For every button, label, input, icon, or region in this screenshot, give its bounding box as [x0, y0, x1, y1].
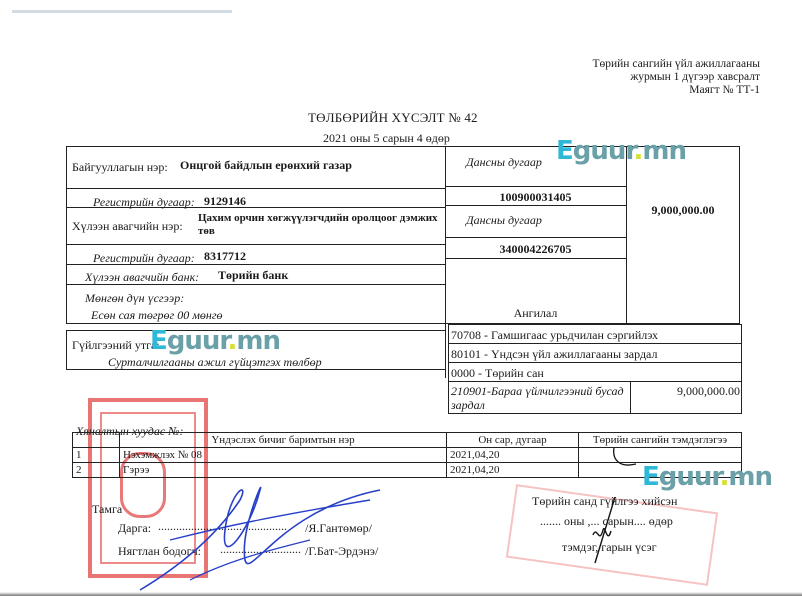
receiver-name: Цахим орчин хөгжүүлэгчдийн оролцоог дэмж…	[198, 212, 438, 238]
payer-org-name: Онцгой байдлын ерөнхий газар	[180, 158, 352, 173]
divider	[445, 258, 626, 259]
scan-artifact-line	[12, 10, 232, 13]
payer-account-label: Дансны дугаар	[466, 155, 542, 170]
classification-item-amount: 9,000,000.00	[630, 384, 740, 399]
form-note-line: журмын 1 дүгээр хавсралт	[592, 71, 760, 84]
receiver-account-no: 340004226705	[445, 242, 626, 257]
table-row: 1 Нэхэмжлэх № 08 2021,04,20	[73, 448, 742, 463]
total-amount: 9,000,000.00	[626, 203, 740, 218]
document-title: ТӨЛБӨРИЙН ХҮСЭЛТ № 42	[308, 110, 478, 126]
divider	[445, 186, 626, 187]
receiver-reg-no: 8317712	[204, 249, 246, 264]
form-number: Маягт № ТТ-1	[592, 84, 760, 97]
payer-org-label: Байгууллагын нэр:	[72, 160, 168, 175]
classification-item: 210901-Бараа үйлчилгээний бусад зардал	[451, 384, 627, 412]
watermark-logo: Eguur.mn	[556, 136, 686, 166]
payer-reg-label: Регистрийн дугаар:	[93, 195, 195, 210]
divider	[66, 244, 446, 245]
purpose-label: Гүйлгээний утга:	[72, 338, 160, 353]
divider	[626, 146, 627, 324]
classification-row: 0000 - Төрийн сан	[451, 366, 544, 381]
receiver-reg-label: Регистрийн дугаар:	[93, 251, 195, 266]
column-header: Он сар, дугаар	[447, 433, 579, 448]
document-date: 2021 оны 5 сарын 4 өдөр	[323, 131, 450, 146]
amount-words: Есөн сая төгрөг 00 мөнгө	[91, 308, 223, 323]
receiver-bank-label: Хүлээн авагчийн банк:	[85, 270, 199, 285]
classification-row: 80101 - Үндсэн үйл ажиллагааны зардал	[451, 347, 657, 362]
table-header: Үндэслэх бичиг баримтын нэр Он сар, дуга…	[73, 433, 742, 448]
watermark-logo: Eguur.mn	[642, 462, 772, 492]
divider	[448, 362, 742, 363]
purpose-text: Сурталчилгааны ажил гүйцэтгэх төлбөр	[108, 355, 322, 370]
divider	[445, 205, 626, 206]
column-header: Төрийн сангийн тэмдэглэгээ	[579, 433, 742, 448]
check-mark-icon	[610, 446, 640, 472]
receiver-name-label: Хүлээн авагчийн нэр:	[72, 219, 183, 234]
receiver-account-label: Дансны дугаар	[466, 213, 542, 228]
signature-scribble	[130, 470, 390, 596]
classification-row: 70708 - Гамшигаас урьдчилан сэргийлэх	[451, 328, 658, 343]
column-header: Үндэслэх бичиг баримтын нэр	[120, 433, 447, 448]
receiver-bank: Төрийн банк	[218, 268, 288, 283]
page-edge-shadow	[0, 592, 802, 596]
divider	[448, 381, 742, 382]
form-note-line: Төрийн сангийн үйл ажиллагааны	[592, 58, 760, 71]
payer-account-no: 100900031405	[445, 190, 626, 205]
amount-words-label: Мөнгөн дүн үсгээр:	[85, 291, 184, 306]
form-reference-note: Төрийн сангийн үйл ажиллагааны журмын 1 …	[592, 58, 760, 97]
divider	[66, 188, 446, 189]
divider	[448, 343, 742, 344]
watermark-logo: Eguur.mn	[150, 326, 280, 356]
divider	[445, 237, 626, 238]
treasury-initials-scribble	[585, 495, 625, 565]
category-label: Ангилал	[445, 306, 626, 321]
stamp-label: Тамга	[92, 502, 122, 517]
payer-reg-no: 9129146	[204, 194, 246, 209]
